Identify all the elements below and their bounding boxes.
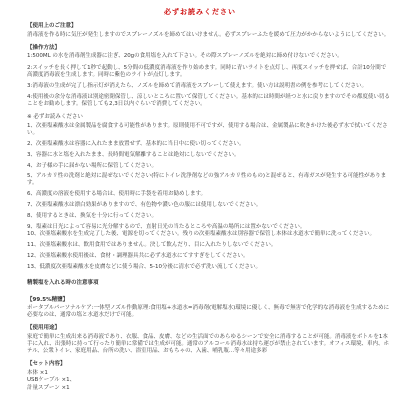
must-read-item-4: 4、お子様の手に届かない場所に保管してください。 (27, 163, 390, 170)
must-read-item-10: 10、次亜塩素酸水を生成完了した後、電源を切ってください。残りの次亜塩素酸水は別… (27, 231, 390, 238)
page-title: 必ずお読みください (0, 8, 400, 17)
operation-step-1: 1:500ML の水を消毒剤生成器に注ぎ、20gの食用塩を入れて下さい。その際ス… (27, 53, 390, 60)
salt-precaution-heading: 精製塩を入れる時の注意事項 (27, 280, 390, 287)
section-operation: 【操作方法】 1:500ML の水を消毒剤生成器に注ぎ、20gの食用塩を入れて下… (27, 45, 390, 109)
section-salt: 【99.5%精鹽】 ポータブルパーソナルケア:一体型ノズル作動原理:食用塩+水道… (27, 297, 390, 320)
must-read-item-1: 1、次亜塩素酸水は金属製品を腐食する可能性があります。原則使用不可ですが、使用す… (27, 123, 390, 137)
section-must-read: ※ 必ずお読みください 1、次亜塩素酸水は金属製品を腐食する可能性があります。原… (27, 114, 390, 271)
section-set-contents: 【セット内容】 本体 ×1 USBケーブル ×1、 計量スプーン ×1 (27, 361, 390, 393)
must-read-item-6: 6、高濃度の溶液を使用する場合は、使用時に手袋を着用お勧めします。 (27, 191, 390, 198)
must-read-item-11: 11、次亜塩素酸水は、飲用食用ではありません。決して飲んだり、目に入れたりしない… (27, 242, 390, 249)
operation-step-4: 4:使用後の余分な消毒液は別途密閉保管し、涼しいところに置いて保管してください。… (27, 94, 390, 108)
salt-text: ポータブルパーソナルケア:一体型ノズル作動原理:食用塩+水道水=消毒剤(電解塩水… (27, 305, 390, 319)
must-read-item-13: 13、低濃度次亜塩素酸水を皮膚などに使う場合、5-10分後に清水で必ず洗い流して… (27, 264, 390, 271)
operation-step-2: 2:スイッチを長く押して1秒で起動し、5分間の低濃度消毒液を作り始めます。同時に… (27, 65, 390, 79)
instruction-document: 必ずお読みください 【使用上のご注意】 消毒液を作る時に気圧が発生しますのでスプ… (0, 0, 400, 400)
usage-heading: 【使用用途】 (27, 325, 390, 332)
set-item-measuring-spoon: 計量スプーン ×1 (27, 385, 390, 392)
must-read-item-2: 2、次亜塩素酸水は容器に入れたまま放置せず、基本的に当日中に使い切ってください。 (27, 141, 390, 148)
operation-heading: 【操作方法】 (27, 45, 390, 52)
must-read-item-5: 5、アルカリ性の洗剤と絶対に混ぜないでください(特にトイレ洗浄剤などの強アルカリ… (27, 173, 390, 187)
must-read-item-7: 7、次亜塩素酸水は漂白効果がありますので、有色物や濃い色の服には使用しないでくだ… (27, 202, 390, 209)
caution-text: 消毒液を作る時に気圧が発生しますのでスプレーノズルを締めてはいけません。必ずスプ… (27, 32, 390, 39)
set-item-usb-cable: USBケーブル ×1、 (27, 377, 390, 384)
must-read-item-9: 9、塩素は日光によって容易に光分解するので、直射日光の当たるところや高温の場所に… (27, 224, 390, 231)
usage-text: 家庭で簡単に生成出来る消毒液であり、衣服、食品、皮膚、などの生活面でのあらゆるシ… (27, 334, 390, 355)
salt-heading: 【99.5%精鹽】 (27, 297, 390, 304)
operation-step-3: 3:消毒液の生成が完了し指示灯が消えたら、ノズルを締めて消毒液をスプレーして使え… (27, 83, 390, 90)
must-read-item-3: 3、容器に水と塩を入れたまま、長時間電気解離することは絶対にしないでください。 (27, 152, 390, 159)
must-read-item-12: 12、次亜塩素酸水使用後は、食材・調理器具共に必ず水道水にてすすぎをしてください… (27, 253, 390, 260)
must-read-item-8: 8、使用するときは、換気を十分に行ってください。 (27, 213, 390, 220)
section-caution: 【使用上のご注意】 消毒液を作る時に気圧が発生しますのでスプレーノズルを締めては… (27, 23, 390, 39)
set-contents-heading: 【セット内容】 (27, 361, 390, 368)
must-read-heading: ※ 必ずお読みください (27, 114, 390, 121)
section-usage: 【使用用途】 家庭で簡単に生成出来る消毒液であり、衣服、食品、皮膚、などの生活面… (27, 325, 390, 355)
set-item-body: 本体 ×1 (27, 370, 390, 377)
caution-heading: 【使用上のご注意】 (27, 23, 390, 30)
